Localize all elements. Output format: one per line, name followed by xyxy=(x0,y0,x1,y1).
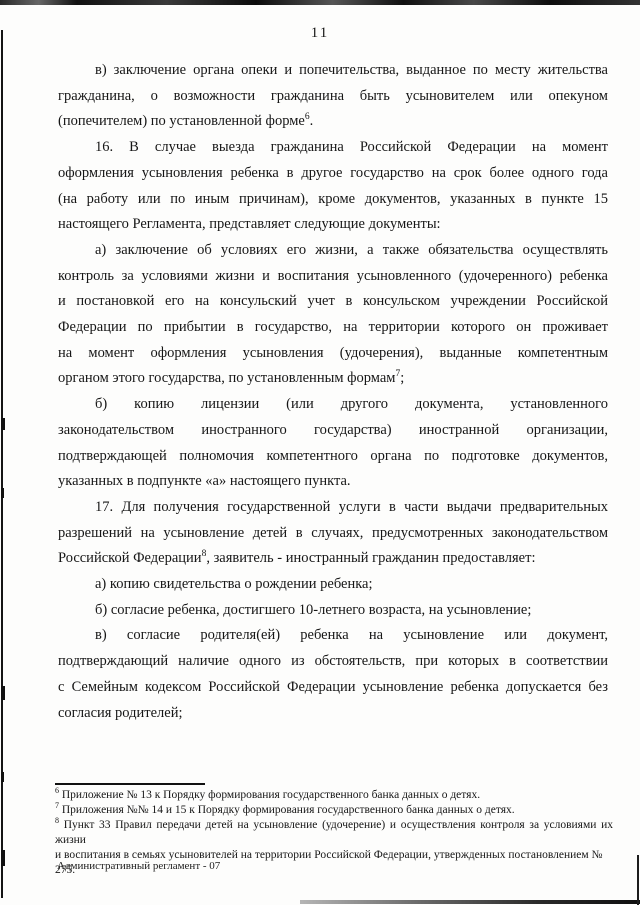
footnote-line: 8 Пункт 33 Правил передачи детей на усын… xyxy=(55,818,613,848)
scan-right-edge-artifact xyxy=(637,855,639,905)
text-line: подтверждающей полномочия компетентного … xyxy=(58,444,608,470)
paragraph: а) копию свидетельства о рождении ребенк… xyxy=(58,572,608,598)
text-line: а) заключение об условиях его жизни, а т… xyxy=(58,238,608,264)
text-line: оформления усыновления ребенка в другое … xyxy=(58,161,608,187)
text-line: контроль за условиями жизни и воспитания… xyxy=(58,264,608,290)
footnote-line: 6 Приложение № 13 к Порядку формирования… xyxy=(55,788,613,803)
scan-speck xyxy=(1,772,4,782)
text-line: 17. Для получения государственной услуги… xyxy=(58,495,608,521)
scan-speck xyxy=(1,686,5,700)
paragraph: 17. Для получения государственной услуги… xyxy=(58,495,608,572)
text-line: Российской Федерации8, заявитель - иност… xyxy=(58,546,608,572)
text-line: (попечителем) по установленной форме6. xyxy=(58,109,608,135)
scan-top-edge-artifact xyxy=(0,0,640,5)
text-line: и постановкой его на консульский учет в … xyxy=(58,289,608,315)
text-line: в) согласие родителя(ей) ребенка на усын… xyxy=(58,623,608,649)
scan-speck xyxy=(1,418,5,430)
footnote-reference: 6 xyxy=(305,113,310,123)
document-footer-label: Административный регламент - 07 xyxy=(57,860,220,872)
scanned-document-page: 11 в) заключение органа опеки и попечите… xyxy=(0,0,640,905)
text-line: настоящего Регламента, представляет след… xyxy=(58,212,608,238)
paragraph: в) заключение органа опеки и попечительс… xyxy=(58,58,608,135)
paragraph: б) копию лицензии (или другого документа… xyxy=(58,392,608,495)
text-line: 16. В случае выезда гражданина Российско… xyxy=(58,135,608,161)
paragraph: в) согласие родителя(ей) ребенка на усын… xyxy=(58,623,608,726)
paragraph: б) согласие ребенка, достигшего 10-летне… xyxy=(58,598,608,624)
footnote-separator xyxy=(55,783,205,785)
footnote-line: 7 Приложения №№ 14 и 15 к Порядку формир… xyxy=(55,803,613,818)
paragraph: 16. В случае выезда гражданина Российско… xyxy=(58,135,608,238)
text-line: (на работу или по иным причинам), кроме … xyxy=(58,187,608,213)
document-body: в) заключение органа опеки и попечительс… xyxy=(58,58,608,726)
paragraph: а) заключение об условиях его жизни, а т… xyxy=(58,238,608,392)
page-number: 11 xyxy=(0,25,640,42)
footnote-reference: 8 xyxy=(55,816,59,825)
scan-bottom-edge-artifact xyxy=(300,900,640,904)
text-line: на момент оформления усыновления (удочер… xyxy=(58,341,608,367)
text-line: в) заключение органа опеки и попечительс… xyxy=(58,58,608,84)
text-line: разрешений на усыновление детей в случая… xyxy=(58,521,608,547)
text-line: органом этого государства, по установлен… xyxy=(58,366,608,392)
scan-speck xyxy=(1,488,4,498)
text-line: указанных в подпункте «а» настоящего пун… xyxy=(58,469,608,495)
footnote-reference: 7 xyxy=(396,370,401,380)
text-line: Федерации по прибытии в государство, на … xyxy=(58,315,608,341)
footnote-reference: 7 xyxy=(55,801,59,810)
text-line: б) согласие ребенка, достигшего 10-летне… xyxy=(58,598,608,624)
text-line: б) копию лицензии (или другого документа… xyxy=(58,392,608,418)
footnote-reference: 8 xyxy=(202,550,207,560)
text-line: законодательством иностранного государст… xyxy=(58,418,608,444)
text-line: согласия родителей; xyxy=(58,701,608,727)
text-line: а) копию свидетельства о рождении ребенк… xyxy=(58,572,608,598)
scan-speck xyxy=(1,850,5,866)
text-line: с Семейным кодексом Российской Федерации… xyxy=(58,675,608,701)
text-line: подтверждающий наличие одного из обстоят… xyxy=(58,649,608,675)
footnote-reference: 6 xyxy=(55,786,59,795)
scan-left-edge-artifact xyxy=(1,30,3,898)
text-line: гражданина, о возможности гражданина быт… xyxy=(58,84,608,110)
